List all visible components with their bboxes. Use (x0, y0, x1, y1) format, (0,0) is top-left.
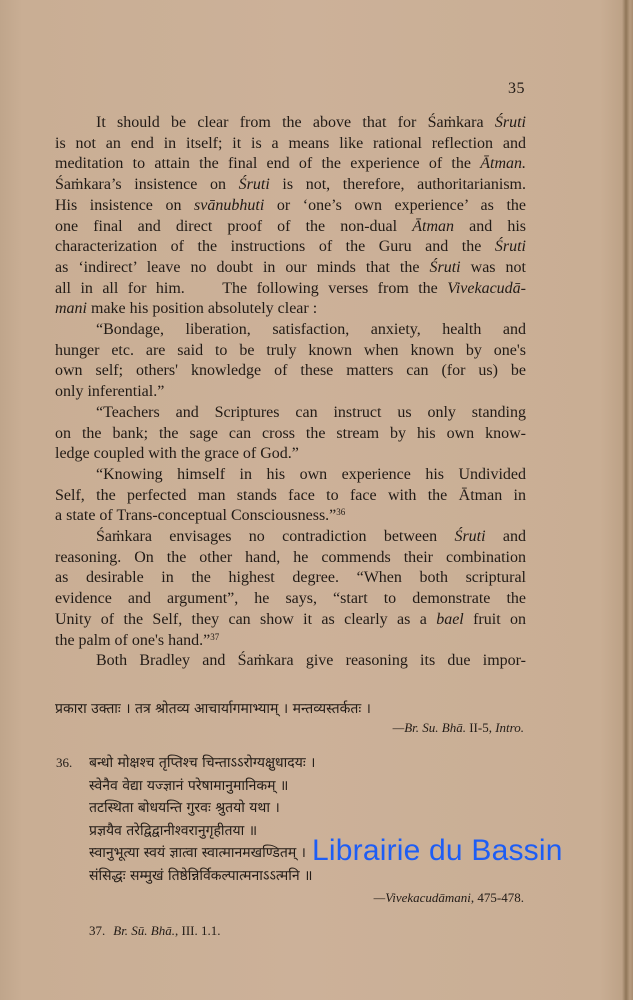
sanskrit-verses: बन्धो मोक्षश्च तृप्तिश्च चिन्ताऽऽरोग्यक्… (89, 752, 526, 909)
text-line: Śaṁkara’s insistence on Śruti is not, th… (55, 175, 526, 196)
quotation-1: “Bondage, liberation, satisfaction, anxi… (55, 320, 526, 403)
text-line: hunger etc. are said to be truly known w… (55, 341, 526, 362)
book-page: 35 It should be clear from the above tha… (0, 0, 633, 1000)
page-number: 35 (508, 80, 525, 98)
text-line: “Knowing himself in his own experience h… (55, 465, 526, 486)
text-line: mani make his position absolutely clear … (55, 299, 526, 320)
paragraph-1: It should be clear from the above that f… (55, 113, 526, 320)
text-line: evidence and argument”, he says, “start … (55, 589, 526, 610)
footnote-reference: Br. Sū. Bhā., III. 1.1. (113, 923, 220, 939)
verse-line: स्वेनैव वेद्या यज्ज्ञानं परेषामानुमानिकम… (89, 775, 526, 798)
footnotes-section: प्रकारा उक्ताः । तत्र श्रोतव्य आचार्यागम… (55, 698, 526, 939)
quotation-2: “Teachers and Scriptures can instruct us… (55, 403, 526, 465)
verse-line: बन्धो मोक्षश्च तृप्तिश्च चिन्ताऽऽरोग्यक्… (89, 752, 526, 775)
text-line: a state of Trans-conceptual Consciousnes… (55, 506, 526, 527)
paragraph-3: Both Bradley and Śaṁkara give reasoning … (55, 651, 526, 672)
text-line-content: the palm of one's hand.” (55, 632, 210, 649)
citation-locator: II-5, (466, 720, 495, 735)
text-line: Both Bradley and Śaṁkara give reasoning … (55, 651, 526, 672)
text-line: the palm of one's hand.”37 (55, 631, 526, 652)
text-line: all in all for him. The following verses… (55, 279, 526, 300)
text-line: ledge coupled with the grace of God.” (55, 444, 526, 465)
footnote-ref-37[interactable]: 37 (210, 632, 219, 642)
text-line: Śaṁkara envisages no contradiction betwe… (55, 527, 526, 548)
text-line: “Bondage, liberation, satisfaction, anxi… (55, 320, 526, 341)
citation: —Vivekacudāmani, 475-478. (89, 887, 526, 909)
sanskrit-quote: प्रकारा उक्ताः । तत्र श्रोतव्य आचार्यागम… (55, 698, 526, 720)
citation: —Br. Su. Bhā. II-5, Intro. (55, 720, 526, 736)
text-line: His insistence on svānubhuti or ‘one’s o… (55, 196, 526, 217)
footnote-ref-36[interactable]: 36 (336, 507, 345, 517)
text-line: Unity of the Self, they can show it as c… (55, 610, 526, 631)
citation-note: Intro. (495, 720, 524, 735)
text-line-content: a state of Trans-conceptual Consciousnes… (55, 507, 336, 524)
text-line: meditation to attain the final end of th… (55, 154, 526, 175)
paragraph-2: Śaṁkara envisages no contradiction betwe… (55, 527, 526, 651)
citation-source: —Br. Su. Bhā. (393, 720, 466, 735)
watermark: Librairie du Bassin (312, 834, 563, 868)
text-line: is not an end in itself; it is a means l… (55, 134, 526, 155)
footnote-number: 36. (55, 752, 89, 909)
text-line: “Teachers and Scriptures can instruct us… (55, 403, 526, 424)
text-line: as ‘indirect’ leave no doubt in our mind… (55, 258, 526, 279)
text-line: characterization of the instructions of … (55, 237, 526, 258)
footnote-36: 36. बन्धो मोक्षश्च तृप्तिश्च चिन्ताऽऽरोग… (55, 752, 526, 909)
text-line: reasoning. On the other hand, he commend… (55, 548, 526, 569)
reference-source: Br. Sū. Bhā. (113, 923, 175, 938)
text-line: as desirable in the highest degree. “Whe… (55, 568, 526, 589)
footnote-continued: प्रकारा उक्ताः । तत्र श्रोतव्य आचार्यागम… (55, 698, 526, 736)
text-line: It should be clear from the above that f… (55, 113, 526, 134)
text-line: one final and direct proof of the non-du… (55, 217, 526, 238)
quotation-3: “Knowing himself in his own experience h… (55, 465, 526, 527)
reference-locator: , III. 1.1. (175, 923, 221, 938)
verse-line: तटस्थिता बोधयन्ति गुरवः श्रुतयो यथा । (89, 797, 526, 820)
text-line: on the bank; the sage can cross the stre… (55, 424, 526, 445)
text-line: Self, the perfected man stands face to f… (55, 486, 526, 507)
main-text: It should be clear from the above that f… (55, 113, 526, 672)
text-line: only inferential.” (55, 382, 526, 403)
footnote-number: 37. (89, 923, 105, 939)
text-line: own self; others' knowledge of these mat… (55, 361, 526, 382)
citation-source: —Vivekacudāmani (374, 890, 471, 905)
footnote-37: 37. Br. Sū. Bhā., III. 1.1. (55, 923, 526, 939)
citation-locator: , 475-478. (471, 890, 524, 905)
